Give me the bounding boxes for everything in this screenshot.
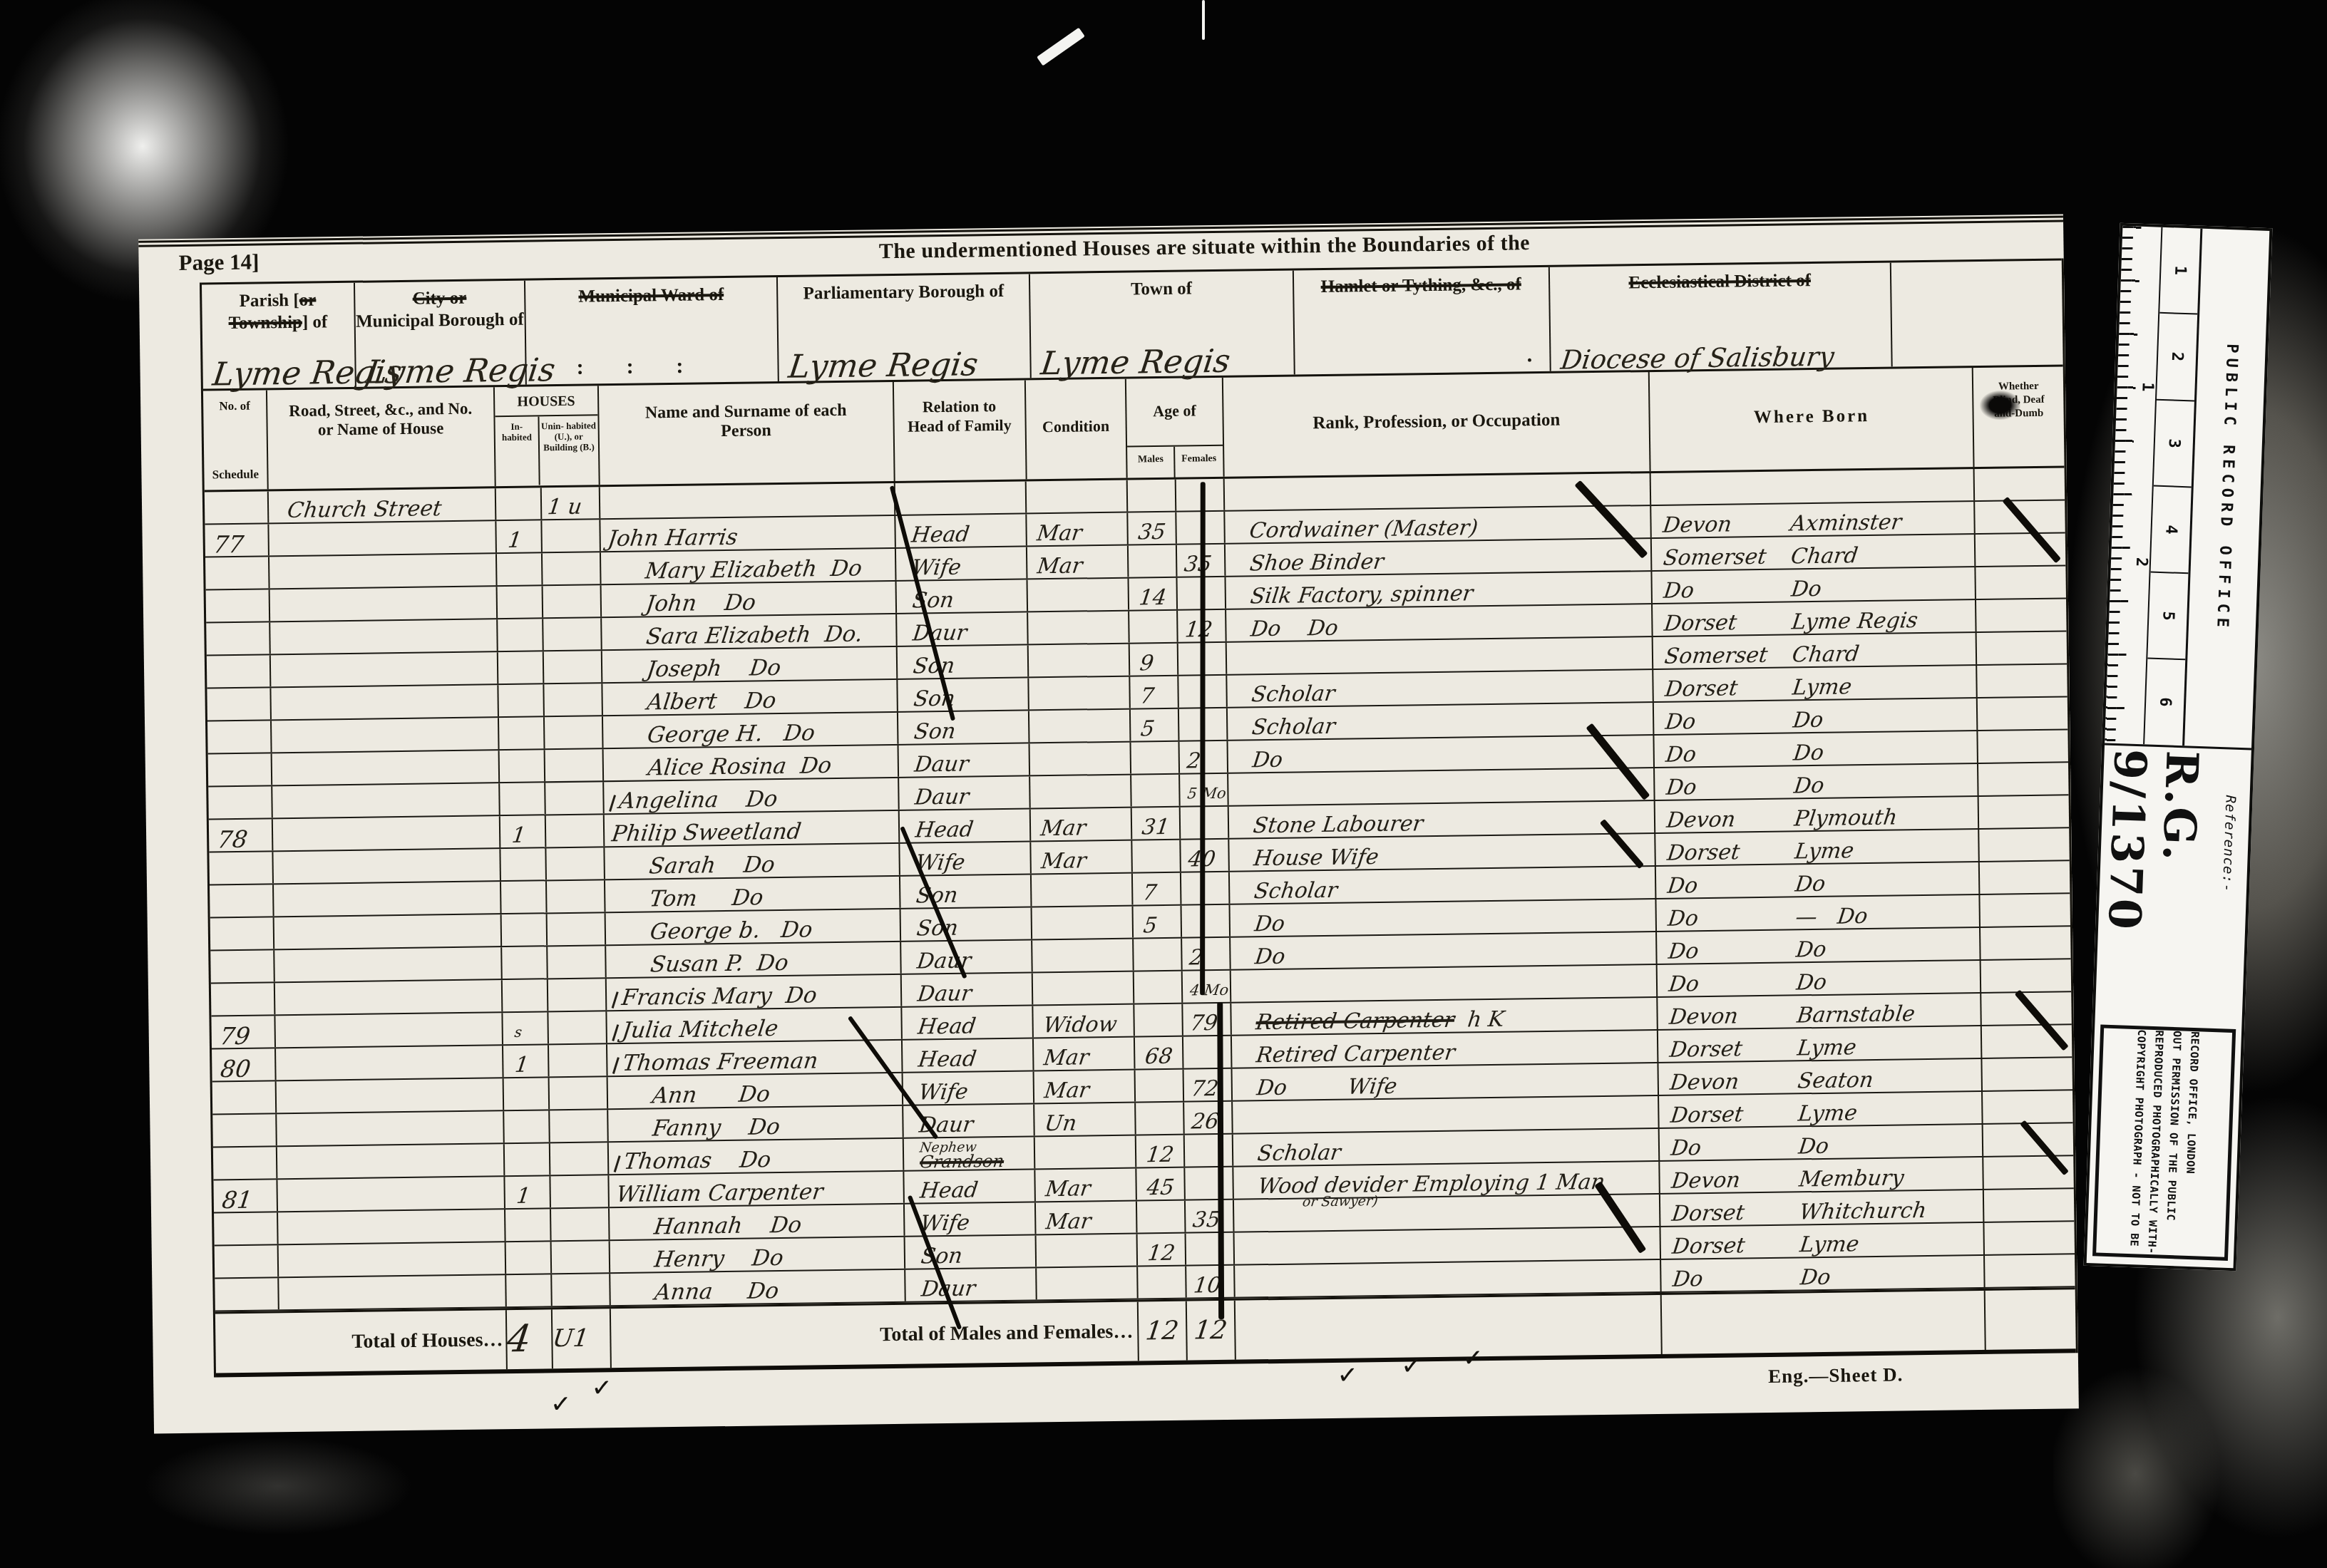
cell-age-female: 79	[1183, 1004, 1231, 1036]
cell-name: Albert Do	[602, 680, 898, 715]
cell-whether	[1984, 1189, 2074, 1222]
age-male: 68	[1144, 1045, 1173, 1069]
col-uninhabited: Unin- habited (U.), or Building (B.)	[540, 416, 599, 485]
cell-road	[278, 1242, 506, 1276]
condition: Widow	[1042, 1013, 1119, 1037]
cell-occupation: Do	[1231, 932, 1658, 969]
cell-inhabited	[503, 979, 548, 1011]
relation-correction: NephewGrandson	[920, 1140, 1005, 1170]
col-males: Males	[1127, 447, 1175, 479]
tick-mark	[612, 1057, 620, 1074]
district-label-struck: Hamlet or Tything, &c., of	[1320, 274, 1521, 296]
cell-occupation: Do	[1228, 736, 1655, 773]
cell-uninhabited	[545, 716, 603, 748]
born-county: Dorset	[1653, 676, 1794, 701]
cell-schedule	[208, 753, 272, 785]
cell-whether	[1979, 795, 2069, 828]
cell-road	[270, 619, 498, 654]
district-label-line2: Municipal Borough of	[355, 309, 525, 333]
cell-name: George b. Do	[605, 909, 901, 944]
born-place: Whitchurch	[1799, 1199, 1928, 1224]
cell-road	[277, 1111, 505, 1145]
relation: Head	[917, 1047, 977, 1071]
reference-section: R.G. 9/1370 Reference:-	[2095, 745, 2251, 1028]
cell-born: DoDo	[1662, 1256, 1986, 1291]
district-value: Lyme Regis	[1039, 342, 1233, 383]
road-name: Church Street	[286, 497, 443, 522]
district-label-struck: City or	[413, 289, 467, 309]
district-cell: City orMunicipal Borough ofLyme Regis	[354, 281, 526, 387]
district-label-struck: Ecclesiastical District of	[1628, 271, 1811, 292]
cell-inhabited	[505, 1209, 551, 1241]
cell-relation: Son	[900, 875, 1032, 907]
district-label-text: Parish [	[240, 291, 299, 311]
cell-uninhabited	[543, 552, 601, 584]
born-county: Devon	[1658, 1069, 1799, 1095]
cell-uninhabited	[544, 684, 602, 716]
uninhabited-mark: 1 u	[546, 495, 583, 520]
checkmark: ✓	[1337, 1360, 1358, 1392]
born-county: Do	[1653, 741, 1795, 767]
person-name: Albert Do	[608, 689, 777, 715]
schedule-number: 79	[219, 1024, 252, 1048]
cell-born: DoDo	[1658, 961, 1981, 996]
cell-schedule	[211, 983, 275, 1015]
person-name: Mary Elizabeth Do	[607, 557, 863, 584]
age-female: 72	[1190, 1077, 1220, 1101]
born-county: Do	[1660, 1266, 1802, 1291]
cell-inhabited	[498, 684, 544, 716]
district-label-text: Parliamentary Borough of	[803, 282, 1005, 304]
cell-name: Philip Sweetland	[605, 811, 900, 846]
cell-occupation: House Wife	[1229, 834, 1656, 871]
age-male: 31	[1141, 815, 1171, 840]
cell-condition	[1031, 775, 1132, 808]
cell-relation: Son	[898, 678, 1029, 711]
ruler-cm-number: 6	[2156, 697, 2174, 707]
cell-name: George H. Do	[603, 713, 899, 748]
relation: Head	[910, 522, 970, 547]
cell-born: DevonPlymouth	[1655, 797, 1979, 832]
district-cell: Hamlet or Tything, &c., of.	[1293, 267, 1551, 375]
person-name: Alice Rosina Do	[610, 754, 833, 780]
total-spacer-occ	[1236, 1295, 1663, 1360]
born-place: Axminster	[1789, 510, 1904, 535]
born-place: Lyme	[1797, 1036, 1859, 1060]
total-houses-label: Total of Houses…	[215, 1310, 508, 1373]
cell-inhabited	[506, 1242, 552, 1274]
tick-mark	[612, 1024, 619, 1041]
occupation: Do Do	[1249, 617, 1340, 641]
cell-road	[277, 1177, 505, 1211]
cell-condition	[1033, 972, 1134, 1005]
total-houses-number: 4	[505, 1328, 532, 1351]
cell-age-male	[1128, 480, 1176, 512]
cell-occupation: Do	[1230, 899, 1657, 937]
occupation: Do	[1251, 748, 1284, 773]
cell-born: DevonMembury	[1660, 1157, 1984, 1193]
total-houses-value: 4	[507, 1309, 553, 1369]
age-male: 12	[1146, 1242, 1176, 1266]
cell-whether	[1976, 599, 2066, 631]
cell-schedule	[210, 884, 274, 917]
cell-name: Fanny Do	[608, 1106, 904, 1141]
born-county: Do	[1656, 971, 1798, 996]
relation: Daur	[916, 982, 973, 1006]
total-females: 12	[1187, 1301, 1236, 1361]
cell-inhabited	[498, 651, 544, 684]
district-label-struck: Municipal Ward of	[578, 285, 724, 306]
ruler-inch-number: 1	[2138, 381, 2156, 391]
district-label: Town of	[1030, 277, 1293, 302]
occupation-after: h K	[1453, 1008, 1506, 1032]
cell-road	[269, 521, 497, 555]
census-form: Page 14] The undermentioned Houses are s…	[138, 214, 2079, 1433]
district-cell: Municipal Ward of: : :	[525, 277, 779, 385]
cell-occupation: Scholar	[1233, 1129, 1660, 1166]
tick-mark	[611, 991, 618, 1009]
total-uninhabited-value: U1	[553, 1309, 612, 1368]
ruler-cm-number: 2	[2168, 351, 2186, 361]
cell-whether	[1977, 631, 2067, 664]
cell-inhabited: 1	[500, 815, 546, 847]
ruler-cm-number: 1	[2171, 265, 2189, 275]
cell-age-male	[1131, 775, 1180, 807]
cell-schedule	[213, 1147, 277, 1179]
cell-whether	[1983, 1058, 2072, 1090]
cell-road	[274, 914, 502, 949]
cell-occupation: Retired Carpenter	[1232, 1031, 1659, 1068]
cell-age-male: 5	[1131, 709, 1179, 741]
cell-condition: Mar	[1031, 808, 1132, 841]
checkmark: ✓	[550, 1388, 572, 1420]
cell-schedule	[205, 557, 269, 589]
cell-uninhabited	[551, 1208, 610, 1240]
occupation: Scholar	[1250, 715, 1337, 740]
cell-born: SomersetChard	[1652, 535, 1976, 570]
cell-uninhabited	[552, 1241, 610, 1273]
cell-uninhabited	[546, 815, 605, 847]
cell-occupation	[1233, 1096, 1660, 1133]
relation: Wife	[918, 1080, 970, 1105]
cell-age-male: 5	[1134, 906, 1182, 938]
district-cell: Parish [or Township] ofLyme Regis	[202, 283, 356, 389]
cell-relation: Wife	[903, 1071, 1034, 1104]
cell-inhabited	[498, 586, 543, 618]
age-male: 5	[1139, 717, 1156, 741]
cell-born	[1651, 469, 1975, 505]
checkmark: ✓	[1401, 1351, 1422, 1383]
cell-whether	[1978, 697, 2067, 730]
age-female: 5 Mo	[1186, 782, 1227, 806]
born-place: Do	[1794, 872, 1827, 897]
ruler-cm-cell: 6	[2144, 659, 2185, 746]
cell-occupation	[1234, 1195, 1661, 1232]
age-female: 26	[1190, 1110, 1220, 1134]
age-male: 5	[1142, 914, 1159, 937]
condition: Mar	[1036, 521, 1084, 545]
cell-schedule: 79	[211, 1016, 275, 1048]
cell-schedule	[205, 491, 269, 523]
cell-born: DevonSeaton	[1659, 1059, 1983, 1095]
cell-age-female	[1181, 872, 1230, 904]
occupation: Do	[1253, 945, 1286, 969]
occupation: Scholar	[1253, 879, 1339, 904]
born-county: Somerset	[1651, 545, 1793, 570]
cell-condition	[1027, 480, 1128, 513]
col-occupation: Rank, Profession, or Occupation	[1223, 372, 1651, 477]
cell-condition	[1032, 874, 1133, 907]
born-county: Dorset	[1658, 1036, 1799, 1062]
born-place: Do	[1797, 1135, 1830, 1159]
film-scratch	[1037, 28, 1085, 66]
person-name: Fanny Do	[614, 1115, 781, 1141]
schedule-number: 77	[212, 532, 245, 557]
cell-uninhabited	[546, 847, 605, 880]
born-place: Do	[1793, 774, 1826, 798]
cell-relation: Son	[898, 645, 1029, 678]
cell-condition: Mar	[1027, 513, 1129, 546]
cell-born: DorsetLyme	[1656, 830, 1980, 865]
cell-condition: Mar	[1034, 1071, 1136, 1103]
condition: Mar	[1039, 816, 1087, 840]
cell-age-male: 7	[1133, 873, 1181, 905]
born-place: Plymouth	[1793, 805, 1899, 830]
enumerator-checkmarks: ✓✓✓✓✓	[138, 214, 2063, 239]
cell-name: Anna Do	[610, 1270, 906, 1305]
cell-inhabited	[497, 553, 543, 585]
born-county: Devon	[1650, 512, 1792, 537]
col-condition: Condition	[1025, 379, 1127, 480]
born-county: Devon	[1659, 1167, 1801, 1193]
cell-schedule: 80	[212, 1048, 276, 1080]
cell-inhabited	[506, 1274, 552, 1306]
cell-relation: Head	[900, 809, 1032, 842]
cell-occupation: Retired Carpenter h K	[1231, 998, 1658, 1035]
cell-uninhabited	[548, 946, 606, 978]
person-name: Sarah Do	[610, 853, 776, 879]
cell-whether	[1976, 566, 2066, 599]
ruler-cm-cell: 1	[2159, 227, 2200, 315]
cell-born: DorsetLyme	[1661, 1223, 1985, 1259]
cell-condition	[1030, 743, 1131, 775]
cell-road	[274, 947, 503, 981]
cell-condition	[1029, 644, 1130, 677]
cell-relation: Daur	[905, 1268, 1037, 1301]
person-name: John Harris	[606, 526, 739, 551]
cell-whether	[1980, 828, 2070, 861]
cell-age-male	[1137, 1201, 1186, 1233]
cell-age-male	[1138, 1267, 1186, 1299]
relation: Son	[913, 720, 957, 744]
tick-mark	[614, 1155, 621, 1172]
cell-inhabited	[499, 717, 545, 749]
cell-whether	[1975, 468, 2065, 500]
cell-born: DorsetWhitchurch	[1660, 1190, 1984, 1226]
cell-occupation	[1235, 1260, 1662, 1297]
copyright-notice: COPYRIGHT PHOTOGRAPH - NOT TO BE REPRODU…	[2092, 1025, 2236, 1261]
cell-name: Francis Mary Do	[607, 975, 903, 1010]
relation: Son	[912, 654, 956, 679]
occupation: Cordwainer (Master)	[1248, 516, 1479, 542]
cell-condition: Mar	[1027, 546, 1129, 579]
cell-age-female: 2	[1182, 938, 1231, 970]
cell-name: Thomas Do	[609, 1139, 905, 1174]
born-county: Devon	[1654, 807, 1796, 832]
cell-inhabited	[505, 1143, 550, 1175]
relation-struck: Grandson	[919, 1153, 1005, 1170]
occupation: Scholar	[1256, 1141, 1342, 1166]
col-age: Age of Males Females	[1126, 378, 1224, 478]
col-whether: Whether Blind, Deaf and-Dumb	[1973, 366, 2064, 467]
col-houses: HOUSES In- habited Unin- habited (U.), o…	[495, 386, 600, 486]
cell-uninhabited	[552, 1274, 610, 1306]
age-female: 12	[1183, 618, 1213, 642]
cell-condition: Mar	[1034, 1038, 1135, 1071]
col-inhabited: In- habited	[495, 416, 540, 485]
cell-relation: Head	[904, 1170, 1036, 1202]
col-road: Road, Street, &c., and No. or Name of Ho…	[267, 387, 496, 489]
cell-uninhabited	[545, 782, 604, 814]
total-spacer-whether	[1986, 1289, 2076, 1350]
relation: Son	[915, 917, 960, 941]
col-relation: Relation to Head of Family	[894, 380, 1027, 480]
occupation: Retired Carpenter	[1255, 1041, 1457, 1068]
cell-relation: Daur	[899, 776, 1031, 809]
person-name: Francis Mary Do	[620, 984, 818, 1010]
person-name: Angelina Do	[617, 788, 779, 813]
cell-road	[271, 685, 499, 719]
born-county: Dorset	[1660, 1233, 1802, 1259]
cell-relation: Head	[902, 1006, 1034, 1038]
cell-whether	[1985, 1254, 2075, 1287]
occupation: Scholar	[1250, 682, 1336, 707]
cell-condition	[1028, 579, 1129, 612]
cell-occupation: Wood devider Employing 1 Manor Sawyer)	[1233, 1162, 1660, 1199]
cell-age-female: 40	[1181, 840, 1229, 872]
col-females: Females	[1175, 446, 1223, 478]
cell-name: Mary Elizabeth Do	[601, 549, 897, 584]
district-label: Parliamentary Borough of	[778, 279, 1029, 305]
cell-name: John Harris	[600, 516, 896, 551]
cell-born: DoDo	[1660, 1125, 1983, 1160]
born-county: Do	[1653, 708, 1795, 734]
cell-occupation: Do Wife	[1232, 1063, 1659, 1100]
cell-relation: Head	[903, 1038, 1034, 1071]
cell-uninhabited	[543, 585, 602, 617]
condition: Un	[1044, 1112, 1079, 1136]
cell-road	[275, 1013, 503, 1047]
cell-road	[277, 1144, 505, 1178]
cell-schedule	[210, 917, 274, 949]
born-place: Chard	[1790, 544, 1860, 568]
cell-age-female	[1181, 905, 1230, 937]
cell-occupation	[1231, 965, 1658, 1002]
cell-inhabited: s	[503, 1012, 548, 1044]
cell-road: Church Street	[269, 488, 497, 522]
cell-whether	[1983, 1090, 2072, 1123]
person-name: Thomas Do	[622, 1148, 772, 1174]
cell-schedule	[207, 655, 271, 687]
ink-marks	[138, 214, 2063, 239]
cell-schedule	[206, 589, 270, 621]
cell-born: DorsetLyme	[1660, 1092, 1983, 1128]
cell-name: Ann Do	[607, 1073, 903, 1108]
bottom-glare	[93, 1418, 463, 1554]
person-name: Joseph Do	[608, 656, 782, 682]
cell-condition	[1029, 612, 1130, 644]
cell-schedule: 78	[209, 819, 273, 851]
born-county: Do	[1655, 905, 1797, 931]
cell-relation: NephewGrandson	[904, 1137, 1036, 1170]
age-female: 79	[1189, 1011, 1219, 1036]
cell-occupation: Cordwainer (Master)	[1225, 506, 1652, 543]
age-male: 12	[1145, 1143, 1175, 1167]
cell-name: Sara Elizabeth Do.	[602, 614, 898, 649]
total-spacer-born	[1662, 1291, 1986, 1354]
cell-condition: Un	[1035, 1103, 1136, 1136]
schedule-number: 78	[216, 827, 249, 852]
inhabited-mark: 1	[507, 529, 523, 552]
age-male: 14	[1138, 586, 1168, 610]
district-label: Parish [or Township] of	[202, 289, 354, 335]
occupation: Shoe Binder	[1248, 550, 1385, 576]
cell-schedule	[207, 688, 271, 720]
film-scratch	[1202, 0, 1205, 40]
person-name: George H. Do	[609, 721, 816, 748]
cell-born: DoDo	[1656, 862, 1980, 898]
cell-age-male	[1134, 1004, 1183, 1036]
cell-road	[272, 783, 500, 817]
born-place: Do	[1799, 1266, 1832, 1290]
cell-age-male	[1132, 840, 1181, 872]
cell-condition: Mar	[1036, 1169, 1137, 1202]
cell-occupation: Do Do	[1226, 604, 1653, 641]
cell-condition: Mar	[1032, 841, 1133, 874]
condition: Mar	[1045, 1209, 1093, 1234]
cell-schedule	[206, 622, 270, 654]
cell-born: DorsetLyme	[1658, 1026, 1982, 1062]
cell-born: DoDo	[1655, 764, 1978, 800]
person-name: Henry Do	[616, 1247, 785, 1272]
cell-relation: Son	[898, 711, 1030, 743]
cell-occupation: Shoe Binder	[1226, 539, 1653, 576]
cell-schedule: 77	[205, 524, 269, 556]
cell-age-male: 35	[1128, 512, 1176, 545]
cell-inhabited	[502, 947, 548, 979]
cell-inhabited: 1	[503, 1045, 549, 1077]
cell-road	[269, 554, 498, 588]
condition: Mar	[1043, 1046, 1091, 1070]
cell-uninhabited	[547, 880, 605, 912]
cell-relation: Daur	[901, 940, 1033, 973]
ruler-cm-number: 5	[2159, 611, 2177, 621]
person-name: William Carpenter	[615, 1180, 824, 1207]
born-place: Do	[1795, 938, 1828, 962]
cell-whether	[1985, 1222, 2075, 1254]
cell-road	[278, 1209, 506, 1244]
cell-name: William Carpenter	[609, 1172, 905, 1207]
age-female: 4 Mo	[1188, 979, 1230, 1003]
district-label: Hamlet or Tything, &c., of	[1293, 273, 1548, 299]
cell-road	[273, 849, 501, 883]
age-male: 45	[1146, 1176, 1176, 1200]
col-schedule-line2: Schedule	[204, 464, 267, 484]
col-whether-line1: Whether	[1973, 379, 2063, 394]
cell-schedule	[210, 950, 274, 982]
relation: Daur	[913, 753, 970, 777]
cell-road	[275, 980, 503, 1014]
